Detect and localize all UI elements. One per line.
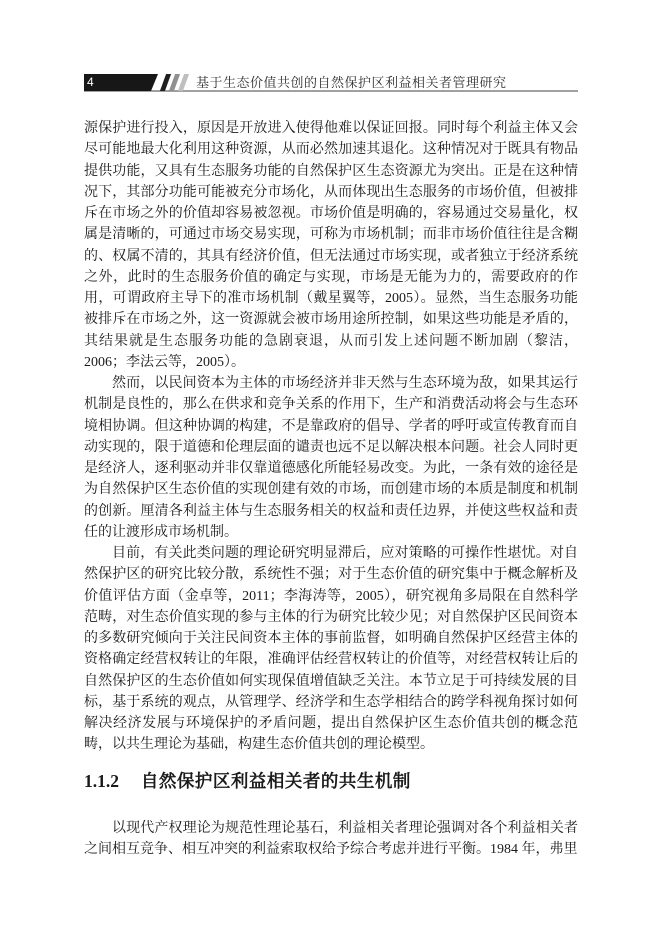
paragraph: 以现代产权理论为规范性理论基石，利益相关者理论强调对各个利益相关者之间相互竞争、… [84, 818, 578, 861]
page-content: 4 基于生态价值共创的自然保护区利益相关者管理研究 源保护进行投入，原因是开放进… [84, 72, 578, 860]
page-number: 4 [84, 74, 94, 91]
page-number-bar: 4 [84, 74, 158, 91]
paragraph-continuation: 源保护进行投入，原因是开放进入使得他难以保证回报。同时每个利益主体又会尽可能地最… [84, 118, 578, 373]
header-stripes-decoration [163, 74, 186, 91]
section-heading: 1.1.2 自然保护区利益相关者的共生机制 [84, 769, 578, 793]
page-body: 源保护进行投入，原因是开放进入使得他难以保证回报。同时每个利益主体又会尽可能地最… [84, 118, 578, 860]
paragraph: 目前，有关此类问题的理论研究明显滞后，应对策略的可操作性堪忧。对自然保护区的研究… [84, 543, 578, 756]
section-heading-title: 自然保护区利益相关者的共生机制 [141, 771, 411, 791]
book-page: 4 基于生态价值共创的自然保护区利益相关者管理研究 源保护进行投入，原因是开放进… [0, 0, 661, 925]
paragraph: 然而，以民间资本为主体的市场经济并非天然与生态环境为敌，如果其运行机制是良性的，… [84, 373, 578, 543]
section-heading-number: 1.1.2 [84, 771, 119, 791]
running-header: 4 基于生态价值共创的自然保护区利益相关者管理研究 [84, 72, 578, 92]
running-title: 基于生态价值共创的自然保护区利益相关者管理研究 [196, 74, 507, 92]
stripe-light [178, 74, 189, 91]
